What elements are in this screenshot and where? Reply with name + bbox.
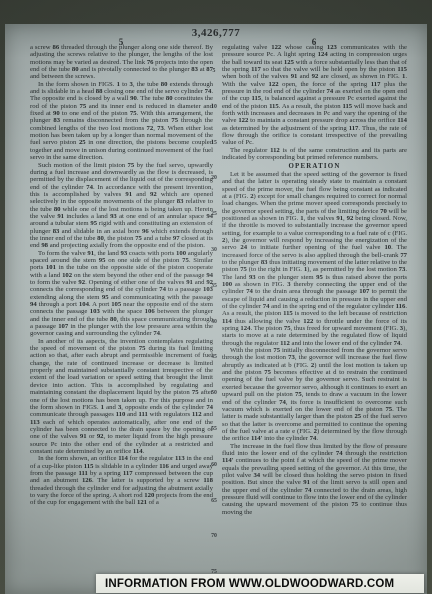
paragraph: Let it be assumed that the speed setting… (222, 171, 407, 347)
line-number: 70 (206, 533, 222, 539)
text-column-left: a screw 86 threaded through the plunger … (30, 44, 213, 507)
footer-text: INFORMATION FROM WWW.OLDWOODWARD.COM (96, 578, 394, 590)
footer-banner: INFORMATION FROM WWW.OLDWOODWARD.COM (96, 574, 424, 593)
paragraph: In the form shown, an orifice 114 for th… (30, 455, 213, 506)
paragraph: To form the valve 91, the land 93 coacts… (30, 250, 213, 338)
paragraph: Such motion of the limit piston 75 by th… (30, 162, 213, 250)
paragraph: The increase in the fuel flow thus limit… (222, 443, 407, 516)
patent-page-scan: 3,426,777 5 6 51015202530354045505560657… (5, 24, 427, 594)
operation-heading: OPERATION (222, 163, 407, 170)
paragraph: regulating valve 122 whose casing 123 co… (222, 44, 407, 147)
text-column-right: regulating valve 122 whose casing 123 co… (222, 44, 407, 516)
paragraph: a screw 86 threaded through the plunger … (30, 44, 213, 81)
paragraph: In the form shown in FIGS. 1 to 3, the t… (30, 81, 213, 162)
paragraph: In another of its aspects, the invention… (30, 338, 213, 456)
paragraph: With the piston 75 initially disconnecte… (222, 347, 407, 442)
paragraph: The regulator 112 is of the same constru… (222, 147, 407, 162)
